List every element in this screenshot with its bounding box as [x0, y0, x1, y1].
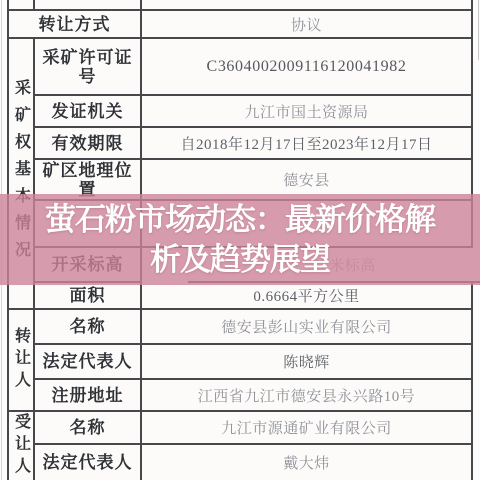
row-label: 名称: [35, 310, 142, 345]
table-row-area: 面积 0.6664平方公里: [35, 283, 473, 310]
row-label: 采矿许可证号: [35, 39, 142, 96]
row-label: 法定代表人: [35, 345, 142, 380]
headline-overlay-banner: 萤石粉市场动态：最新价格解 析及趋势展望: [0, 194, 480, 285]
section-header-transferee: 受让人: [9, 412, 35, 480]
row-label: 名称: [35, 412, 142, 445]
table-row-transferor-legal-rep: 法定代表人 陈晓辉: [35, 345, 473, 380]
row-value: 德安县彭山实业有限公司: [142, 310, 473, 345]
partial-cell: [9, 0, 35, 11]
row-value: C3604002009116120041982: [142, 39, 473, 96]
section-rows: 名称 九江市源通矿业有限公司 法定代表人 戴大炜: [35, 412, 473, 480]
section-header-label: 转让人: [10, 327, 33, 393]
section-rows: 名称 德安县彭山实业有限公司 法定代表人 陈晓辉 注册地址 江西省九江市德安县永…: [35, 310, 473, 412]
section-transferor: 转让人 名称 德安县彭山实业有限公司 法定代表人 陈晓辉 注册地址 江西省九江市…: [9, 310, 473, 412]
table-row-validity-period: 有效期限 自2018年12月17日至2023年12月17日: [35, 128, 473, 160]
row-value: 九江市国土资源局: [142, 96, 473, 128]
table-row-partial-top: [9, 0, 473, 11]
table-row-transferor-address: 注册地址 江西省九江市德安县永兴路10号: [35, 380, 473, 412]
partial-cell: [142, 0, 473, 11]
row-label: 注册地址: [35, 380, 142, 412]
document-scan: 转让方式 协议 采矿权基本情况 采矿许可证号 C3604002009116120…: [0, 0, 480, 480]
row-value: 自2018年12月17日至2023年12月17日: [142, 128, 473, 160]
row-value: 陈晓辉: [142, 345, 473, 380]
section-header-label: 受让人: [10, 413, 33, 479]
table-row-transfer-method: 转让方式 协议: [9, 11, 473, 39]
table-row-license-number: 采矿许可证号 C3604002009116120041982: [35, 39, 473, 96]
headline-line-2: 析及趋势展望: [150, 240, 330, 280]
row-label: 面积: [35, 283, 142, 310]
row-label: 法定代表人: [35, 445, 142, 480]
row-value: 戴大炜: [142, 445, 473, 480]
section-transferee: 受让人 名称 九江市源通矿业有限公司 法定代表人 戴大炜: [9, 412, 473, 480]
section-header-transferor: 转让人: [9, 310, 35, 412]
row-value: 九江市源通矿业有限公司: [142, 412, 473, 445]
row-value: 江西省九江市德安县永兴路10号: [142, 380, 473, 412]
table-row-transferee-name: 名称 九江市源通矿业有限公司: [35, 412, 473, 445]
row-value: 0.6664平方公里: [142, 283, 473, 310]
headline-line-1: 萤石粉市场动态：最新价格解: [45, 200, 435, 240]
row-label: 转让方式: [9, 11, 142, 39]
row-label: 发证机关: [35, 96, 142, 128]
table-row-transferee-legal-rep: 法定代表人 戴大炜: [35, 445, 473, 480]
partial-cell: [35, 0, 142, 11]
table-row-issuing-authority: 发证机关 九江市国土资源局: [35, 96, 473, 128]
row-label: 有效期限: [35, 128, 142, 160]
page-right-edge-line: [478, 0, 479, 60]
table-row-transferor-name: 名称 德安县彭山实业有限公司: [35, 310, 473, 345]
row-value: 协议: [142, 11, 473, 39]
